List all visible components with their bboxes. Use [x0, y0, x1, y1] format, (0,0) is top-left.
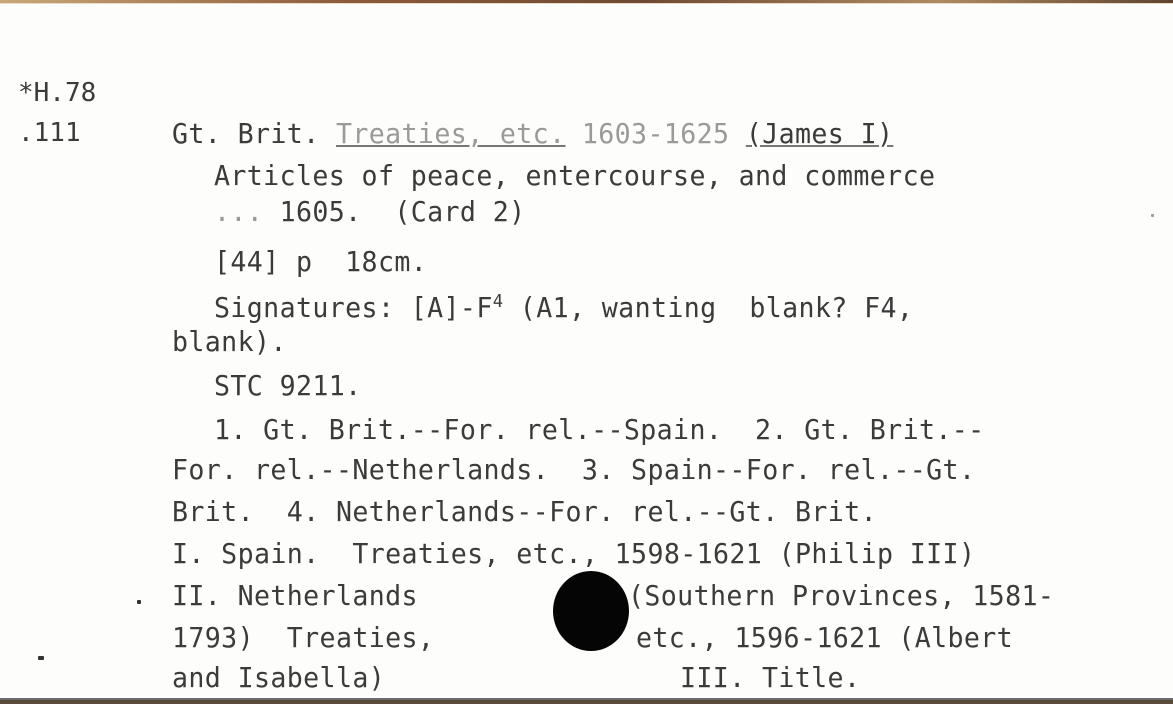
title-line1: Articles of peace, entercourse, and comm…: [214, 160, 935, 192]
ink-speck: [38, 656, 44, 660]
title-line2: ... 1605. (Card 2): [214, 196, 526, 228]
added-entry-line3-left: 1793) Treaties,: [172, 622, 434, 654]
collation: [44] p 18cm.: [214, 246, 427, 278]
stc-reference: STC 9211.: [214, 370, 362, 402]
added-entry-line3-right: etc., 1596-1621 (Albert: [636, 622, 1013, 654]
call-number-line1: *H.78: [18, 78, 96, 108]
main-heading: Gt. Brit. Treaties, etc. 1603-1625 (Jame…: [172, 118, 893, 150]
signatures-prefix: Signatures: [A]-F: [214, 291, 493, 324]
signatures-rest: (A1, wanting blank? F4,: [503, 291, 913, 324]
subject-line2: For. rel.--Netherlands. 3. Spain--For. r…: [172, 454, 975, 486]
heading-dates: 1603-1625: [565, 117, 745, 150]
punch-hole: [553, 571, 629, 651]
added-entry-line1: I. Spain. Treaties, etc., 1598-1621 (Phi…: [172, 538, 975, 570]
subject-line1: 1. Gt. Brit.--For. rel.--Spain. 2. Gt. B…: [214, 414, 985, 446]
ink-speck: [137, 600, 141, 604]
subject-line3: Brit. 4. Netherlands--For. rel.--Gt. Bri…: [172, 496, 877, 528]
signatures: Signatures: [A]-F4 (A1, wanting blank? F…: [214, 286, 913, 324]
added-entry-line4-right: III. Title.: [680, 662, 860, 694]
title-imprint-faded: ...: [214, 195, 263, 228]
added-entry-line2-left: II. Netherlands: [172, 580, 418, 612]
heading-ruler: (James I): [746, 117, 894, 150]
title-date-card: 1605. (Card 2): [263, 195, 525, 228]
call-number-line2: .111: [18, 118, 81, 148]
heading-prefix: Gt. Brit.: [172, 117, 336, 150]
added-entry-line4-left: and Isabella): [172, 662, 385, 694]
ink-speck: [1151, 214, 1154, 217]
signatures-superscript: 4: [493, 291, 504, 312]
added-entry-line2-right: (Southern Provinces, 1581-: [628, 580, 1054, 612]
heading-subject: Treaties, etc.: [336, 117, 566, 150]
catalog-card: *H.78 .111 Gt. Brit. Treaties, etc. 1603…: [0, 3, 1173, 700]
signatures-continuation: blank).: [172, 326, 287, 358]
